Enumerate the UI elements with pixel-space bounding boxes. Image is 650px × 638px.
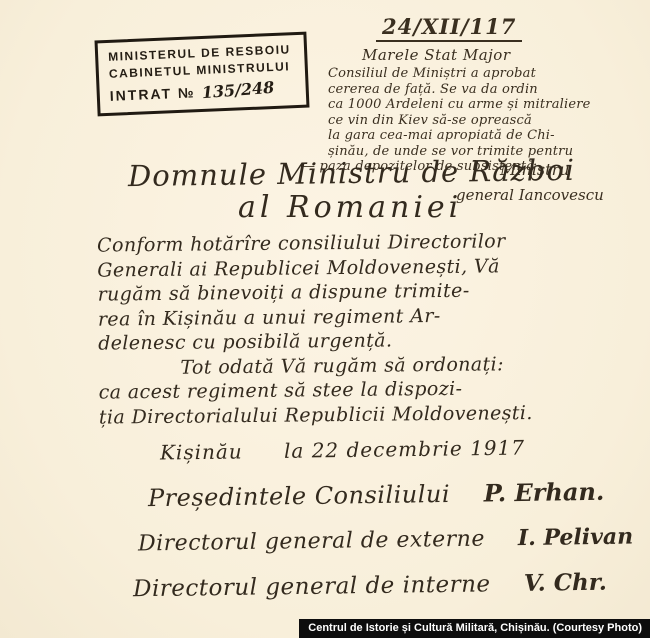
signature-title: Directorul general de externe <box>138 527 485 557</box>
signature-title: Președintele Consiliului <box>148 480 450 512</box>
signature-name: P. Erhan. <box>484 477 605 508</box>
dateline: Kișinău la 22 decembrie 1917 <box>160 435 525 464</box>
document-scan: MINISTERUL DE RESBOIU CABINETUL MINISTRU… <box>0 0 650 638</box>
annotation-date: 24/XII/117 <box>376 14 522 42</box>
annotation-line: ca 1000 Ardeleni cu arme și mitraliere <box>328 97 646 113</box>
salutation-line2: al Romaniei <box>238 190 462 225</box>
resolution-annotation: 24/XII/117 Marele Stat Major Consiliul d… <box>328 14 646 175</box>
signature-title: Directorul general de interne <box>133 571 491 602</box>
annotation-office: Marele Stat Major <box>362 46 646 64</box>
body-line: ția Directorialului Republicii Moldovene… <box>99 400 589 430</box>
photo-credit-bar: Centrul de Istorie și Cultură Militară, … <box>299 619 650 638</box>
stamp-entry-number: 135/248 <box>201 78 275 103</box>
signature-name: I. Pelivan <box>518 524 634 552</box>
annotation-line: Consiliul de Miniștri a aprobat <box>328 66 646 82</box>
signature-row: Președintele Consiliului P. Erhan. <box>148 477 605 512</box>
letter-body: Conform hotărîre consiliului Directorilo… <box>97 228 589 429</box>
annotation-line: ce vin din Kiev să-se oprească <box>328 113 646 129</box>
dateline-date: la 22 decembrie 1917 <box>284 435 525 462</box>
annotation-line: cererea de față. Se va da ordin <box>328 82 646 98</box>
salutation-line1: Domnule Ministru de Război <box>128 153 576 193</box>
stamp-entry-number-line: INTRAT № 135/248 <box>109 78 298 105</box>
stamp-entry-label: INTRAT № <box>110 84 196 104</box>
dateline-place: Kișinău <box>160 439 243 464</box>
signature-row: Directorul general de interne V. Chr. <box>133 569 607 603</box>
annotation-line: la gara cea-mai apropiată de Chi- <box>328 128 646 144</box>
annotation-approver-signature: general Iancovescu <box>456 186 604 204</box>
signature-name: V. Chr. <box>524 569 607 597</box>
signature-row: Directorul general de externe I. Pelivan <box>138 524 634 557</box>
entry-stamp: MINISTERUL DE RESBOIU CABINETUL MINISTRU… <box>95 32 310 117</box>
